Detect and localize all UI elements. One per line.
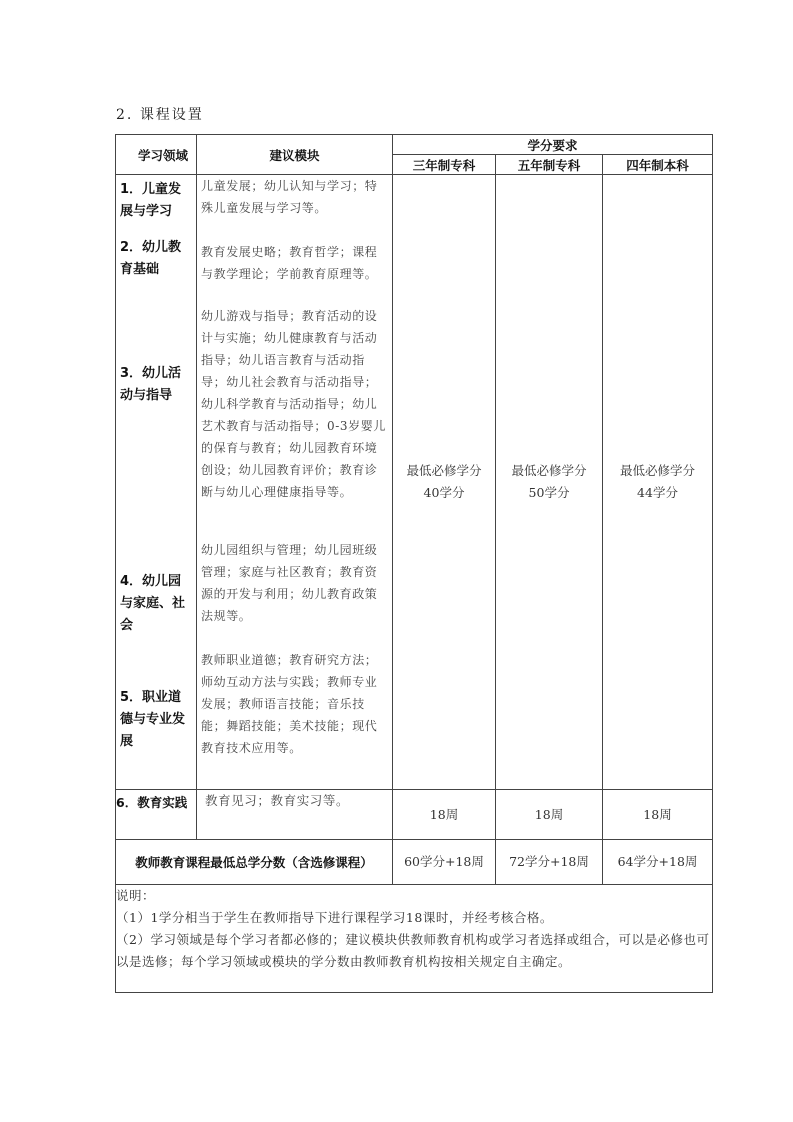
header-program-4yr: 四年制本科: [603, 155, 713, 175]
practice-3yr: 18周: [393, 790, 496, 840]
notes-cell: 说明： （1）1学分相当于学生在教师指导下进行课程学习18课时，并经考核合格。 …: [116, 885, 713, 993]
note-2: （2）学习领域是每个学习者都必修的；建议模块供教师教育机构或学习者选择或组合，可…: [116, 929, 712, 973]
header-area: 学习领域: [116, 135, 197, 175]
area-3: 3．幼儿活动与指导: [120, 363, 192, 407]
area-1: 1．儿童发展与学习: [120, 179, 192, 223]
note-1: （1）1学分相当于学生在教师指导下进行课程学习18课时，并经考核合格。: [116, 907, 712, 929]
min-credit-5yr: 最低必修学分 50学分: [496, 175, 603, 790]
area-2: 2．幼儿教育基础: [120, 237, 192, 281]
min-credit-value: 50学分: [496, 482, 602, 504]
section-title: 2. 课程设置: [116, 104, 204, 124]
module-6: 教育见习；教育实习等。: [197, 790, 393, 840]
section-heading: 课程设置: [140, 107, 204, 123]
area-6: 6．教育实践: [116, 790, 197, 840]
header-module: 建议模块: [197, 135, 393, 175]
module-2: 教育发展史略；教育哲学；课程与教学理论；学前教育原理等。: [201, 241, 388, 285]
header-credit-group: 学分要求: [393, 135, 713, 155]
min-credit-3yr: 最低必修学分 40学分: [393, 175, 496, 790]
area-4: 4．幼儿园与家庭、社会: [120, 571, 192, 637]
min-credit-4yr: 最低必修学分 44学分: [603, 175, 713, 790]
area-5: 5．职业道德与专业发展: [120, 687, 192, 753]
section-number: 2.: [116, 107, 133, 123]
modules-column: 儿童发展；幼儿认知与学习；特殊儿童发展与学习等。 教育发展史略；教育哲学；课程与…: [197, 175, 393, 790]
min-credit-label: 最低必修学分: [603, 460, 712, 482]
module-4: 幼儿园组织与管理；幼儿园班级管理；家庭与社区教育；教育资源的开发与利用；幼儿教育…: [201, 539, 388, 627]
min-credit-label: 最低必修学分: [496, 460, 602, 482]
total-5yr: 72学分+18周: [496, 840, 603, 885]
header-program-3yr: 三年制专科: [393, 155, 496, 175]
total-3yr: 60学分+18周: [393, 840, 496, 885]
areas-column: 1．儿童发展与学习 2．幼儿教育基础 3．幼儿活动与指导 4．幼儿园与家庭、社会…: [116, 175, 197, 790]
practice-4yr: 18周: [603, 790, 713, 840]
min-credit-value: 40学分: [393, 482, 495, 504]
module-3: 幼儿游戏与指导；教育活动的设计与实施；幼儿健康教育与活动指导；幼儿语言教育与活动…: [201, 305, 388, 503]
total-4yr: 64学分+18周: [603, 840, 713, 885]
notes-heading: 说明：: [116, 885, 712, 907]
practice-5yr: 18周: [496, 790, 603, 840]
total-label: 教师教育课程最低总学分数（含选修课程）: [116, 840, 393, 885]
min-credit-label: 最低必修学分: [393, 460, 495, 482]
module-1: 儿童发展；幼儿认知与学习；特殊儿童发展与学习等。: [201, 175, 388, 219]
module-5: 教师职业道德；教育研究方法；师幼互动方法与实践；教师专业发展；教师语言技能；音乐…: [201, 649, 388, 759]
curriculum-table: 学习领域 建议模块 学分要求 三年制专科 五年制专科 四年制本科 1．儿童发展与…: [115, 134, 713, 993]
header-program-5yr: 五年制专科: [496, 155, 603, 175]
min-credit-value: 44学分: [603, 482, 712, 504]
